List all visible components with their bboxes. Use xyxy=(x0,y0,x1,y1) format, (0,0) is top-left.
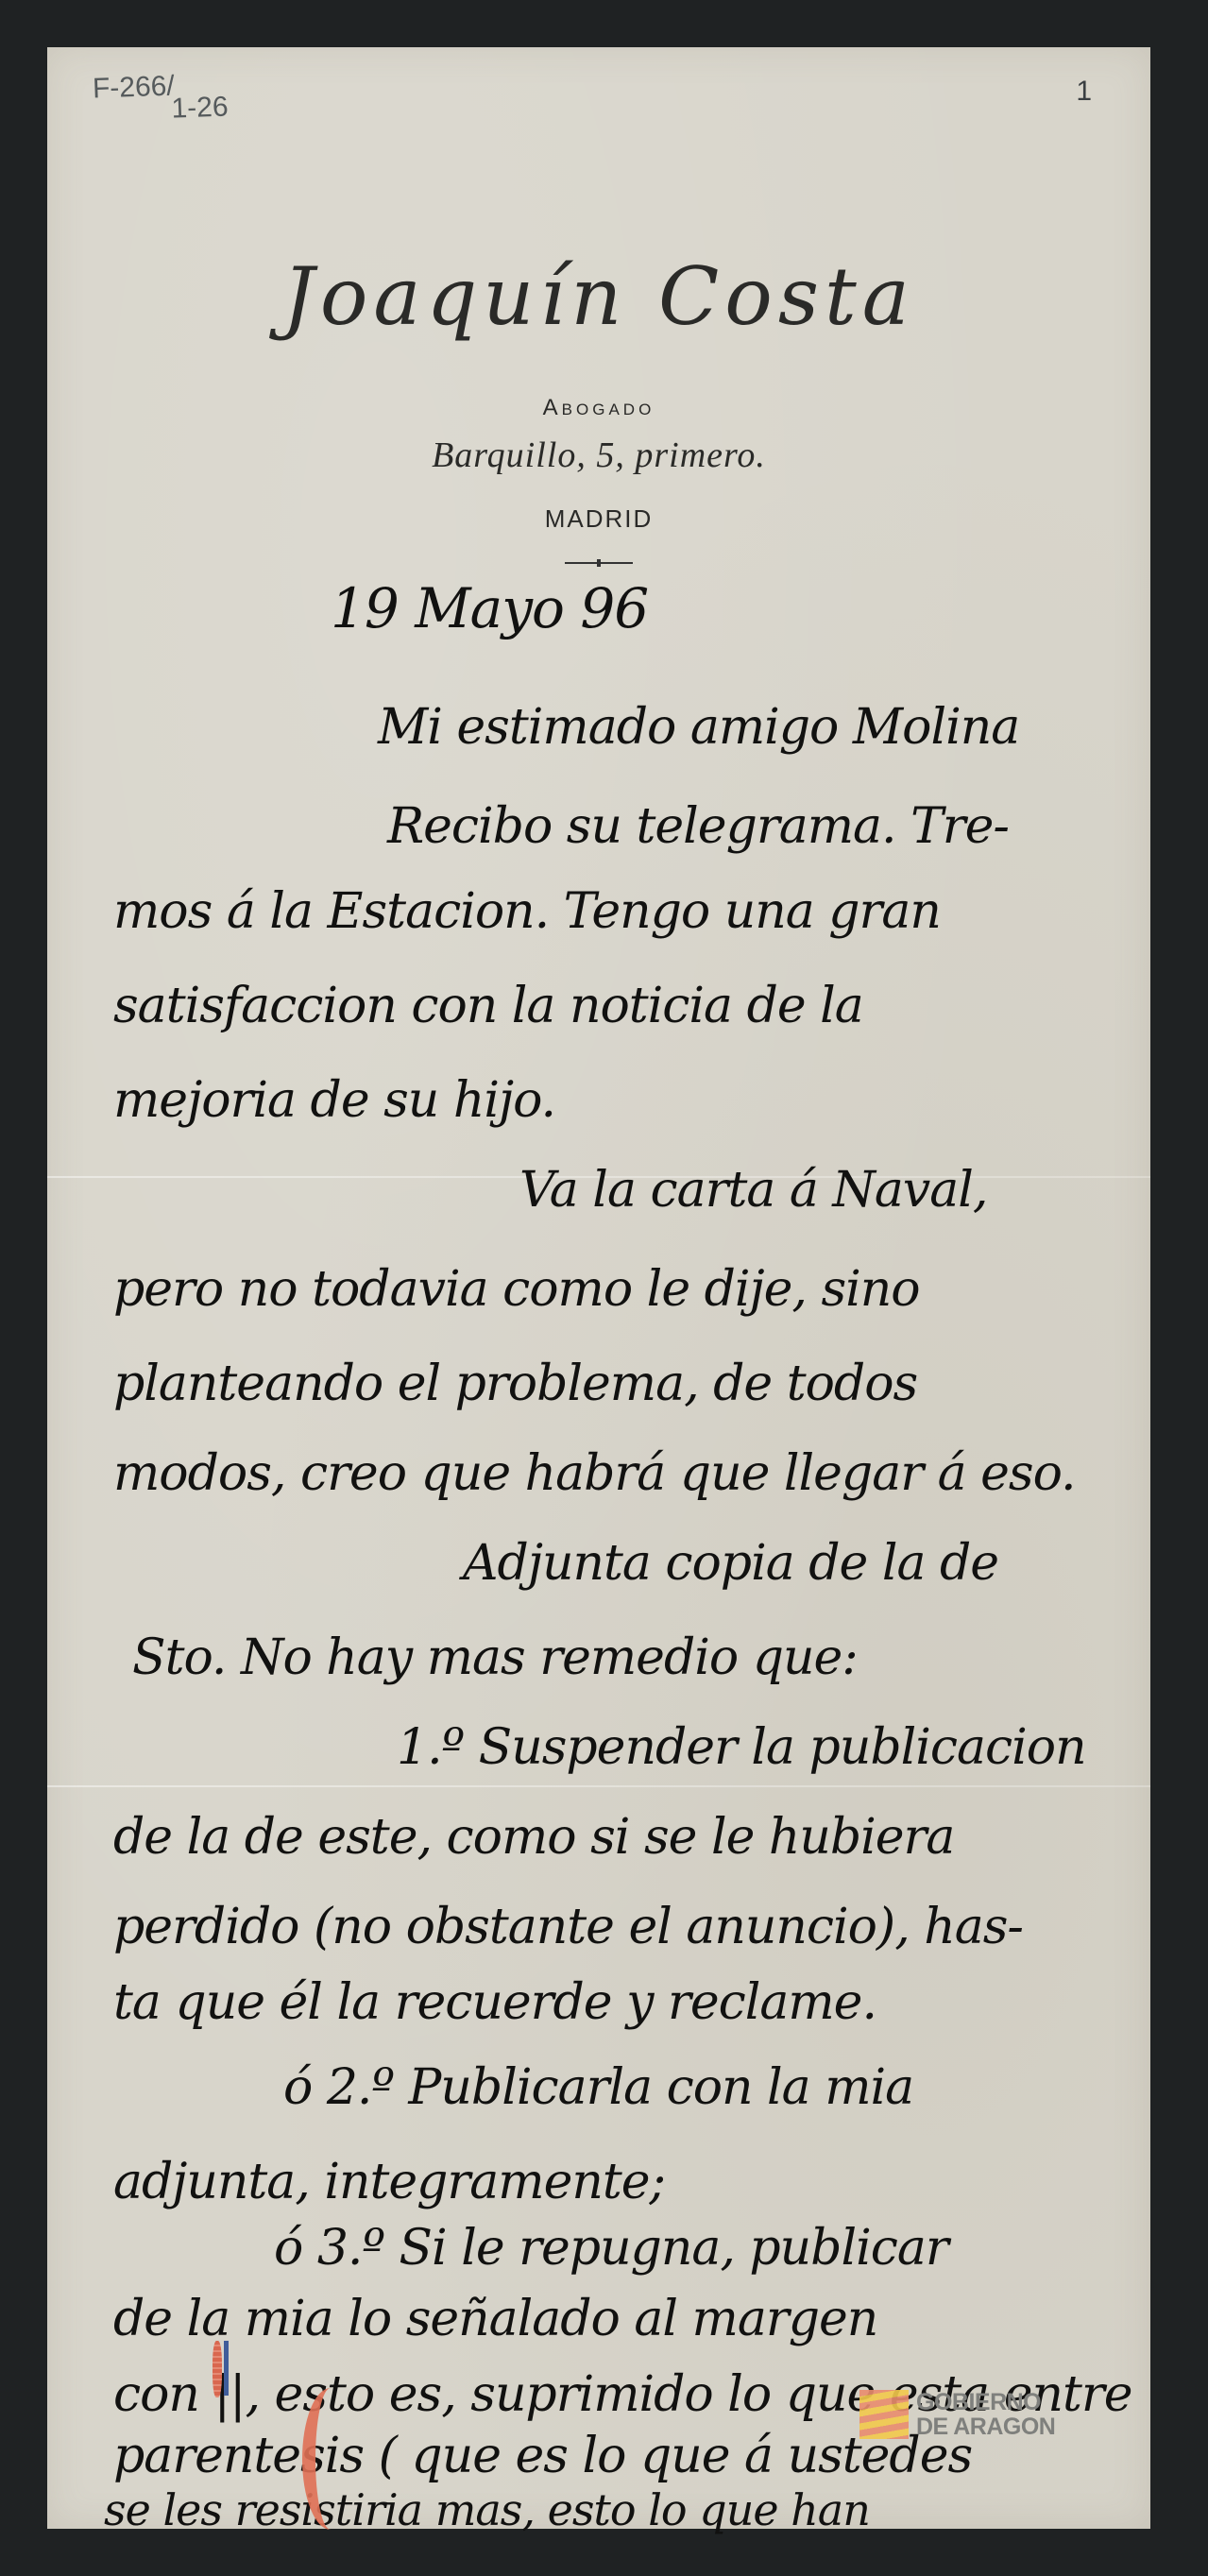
watermark-text: GOBIERNO DE ARAGON xyxy=(916,2390,1055,2439)
handwritten-line: perdido (no obstante el anuncio), has- xyxy=(113,1899,1023,1955)
page-number: 1 xyxy=(1076,76,1092,108)
handwritten-line: modos, creo que habrá que llegar á eso. xyxy=(113,1445,1076,1502)
aragon-flag-icon xyxy=(859,2390,909,2439)
handwritten-line: Recibo su telegrama. Tre- xyxy=(387,798,1009,855)
handwritten-line: Adjunta copia de la de xyxy=(463,1535,998,1592)
handwritten-line: parentesis ( que es lo que á ustedes xyxy=(113,2428,972,2484)
archive-reference-main: F-266/ xyxy=(92,70,175,104)
handwritten-line: adjunta, integramente; xyxy=(113,2154,665,2210)
letterhead-city: MADRID xyxy=(47,504,1150,534)
letter-date: 19 Mayo 96 xyxy=(331,576,648,640)
handwritten-line: Sto. No hay mas remedio que: xyxy=(132,1629,858,1686)
gobierno-de-aragon-watermark: GOBIERNO DE ARAGON xyxy=(859,2390,1055,2439)
handwritten-line: se les resistiria mas, esto lo que han xyxy=(104,2484,870,2535)
archive-reference-sub: 1-26 xyxy=(171,92,229,125)
paper-fold-line xyxy=(47,1785,1150,1787)
handwritten-line: de la mia lo señalado al margen xyxy=(113,2291,877,2347)
letterhead-title: Abogado xyxy=(47,395,1150,421)
letterhead-address: Barquillo, 5, primero. xyxy=(47,435,1150,476)
handwritten-line: mos á la Estacion. Tengo una gran xyxy=(113,883,941,940)
handwritten-line: Va la carta á Naval, xyxy=(519,1162,987,1219)
handwritten-line: ta que él la recuerde y reclame. xyxy=(113,1974,876,2031)
handwritten-line: ó 3.º Si le repugna, publicar xyxy=(274,2220,948,2277)
watermark-line-1: GOBIERNO xyxy=(916,2390,1055,2414)
red-pencil-margin-bar xyxy=(213,2341,222,2397)
letter-sheet: F-266/1-26 1 Joaquín Costa Abogado Barqu… xyxy=(47,47,1150,2529)
handwritten-line: mejoria de su hijo. xyxy=(113,1072,555,1129)
watermark-line-2: DE ARAGON xyxy=(916,2414,1055,2439)
letterhead-name: Joaquín Costa xyxy=(47,250,1150,343)
handwritten-line: pero no todavia como le dije, sino xyxy=(113,1261,920,1318)
blue-pencil-margin-bar xyxy=(224,2341,229,2396)
handwritten-line: planteando el problema, de todos xyxy=(113,1356,917,1412)
archive-reference: F-266/1-26 xyxy=(92,69,228,106)
handwritten-line: de la de este, como si se le hubiera xyxy=(113,1809,954,1866)
handwritten-line: Mi estimado amigo Molina xyxy=(378,699,1019,756)
handwritten-line: ó 2.º Publicarla con la mia xyxy=(283,2059,913,2116)
red-pencil-parenthesis xyxy=(302,2388,359,2530)
handwritten-line: 1.º Suspender la publicacion xyxy=(397,1719,1086,1776)
letterhead-ornament-rule xyxy=(565,562,633,564)
handwritten-line: satisfaccion con la noticia de la xyxy=(113,978,863,1034)
